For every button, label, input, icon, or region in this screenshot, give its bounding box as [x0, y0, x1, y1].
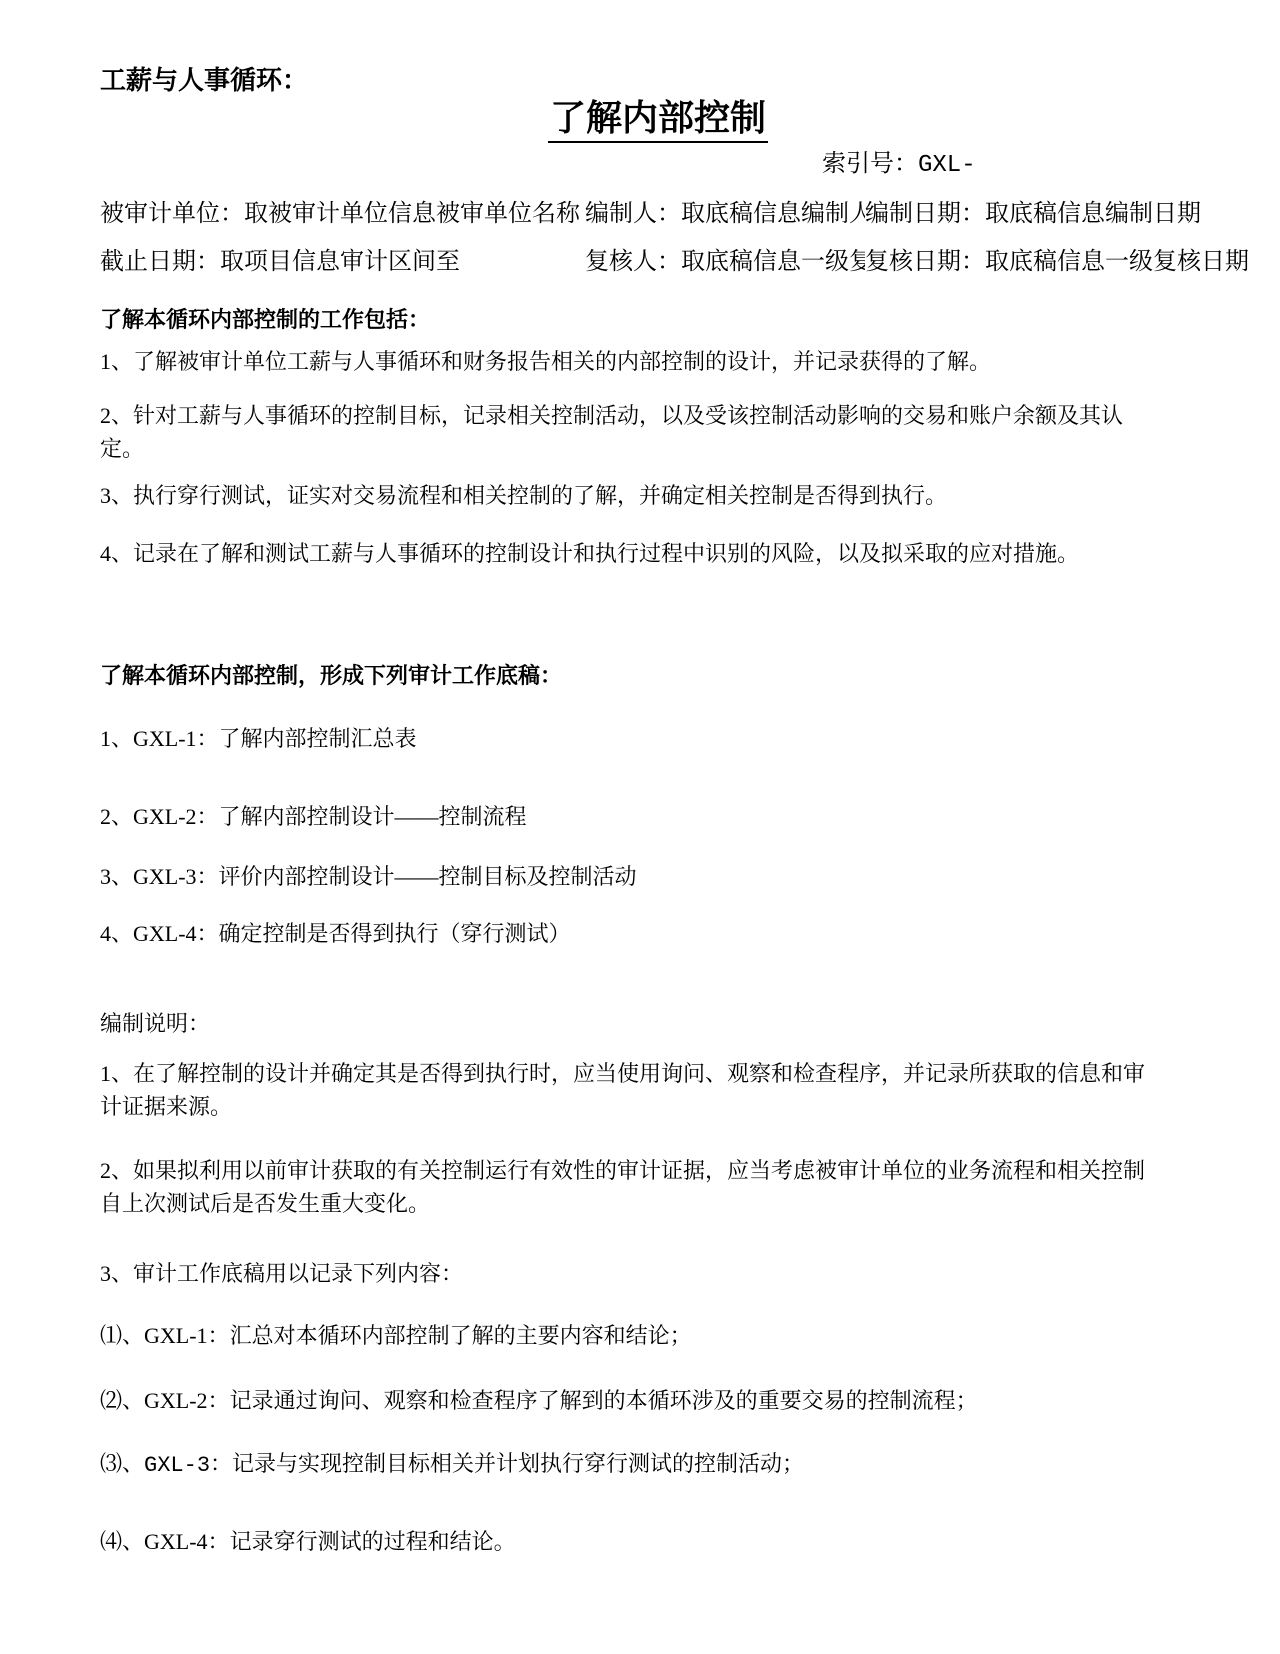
audit-paper-item-2: 2、GXL-2：了解内部控制设计——控制流程: [100, 800, 1152, 833]
work-item-3: 3、执行穿行测试，证实对交易流程和相关控制的了解，并确定相关控制是否得到执行。: [100, 479, 1152, 512]
work-item-2: 2、针对工薪与人事循环的控制目标，记录相关控制活动，以及受该控制活动影响的交易和…: [100, 399, 1152, 465]
title-row: 了解内部控制: [0, 98, 1280, 143]
note-sub-item-3-marker: ⑶、: [100, 1451, 144, 1476]
note-sub-item-4-code: GXL-4：: [144, 1529, 230, 1554]
note-sub-item-2: ⑵、GXL-2：记录通过询问、观察和检查程序了解到的本循环涉及的重要交易的控制流…: [100, 1384, 1152, 1417]
note-sub-item-2-marker: ⑵、: [100, 1388, 144, 1413]
prepare-date-field: 编制日期：取底稿信息编制日期: [865, 199, 1280, 229]
review-date-value: 取底稿信息一级复核日期: [985, 249, 1249, 275]
note-sub-item-4-text: 记录穿行测试的过程和结论。: [230, 1529, 516, 1554]
papers-section-heading: 了解本循环内部控制，形成下列审计工作底稿：: [100, 659, 1152, 692]
reviewer-label: 复核人：: [585, 249, 681, 275]
note-sub-item-2-code: GXL-2：: [144, 1388, 230, 1413]
note-item-2: 2、如果拟利用以前审计获取的有关控制运行有效性的审计证据，应当考虑被审计单位的业…: [100, 1154, 1152, 1220]
note-item-1: 1、在了解控制的设计并确定其是否得到执行时，应当使用询问、观察和检查程序，并记录…: [100, 1057, 1152, 1123]
index-value: GXL-: [918, 152, 976, 179]
preparer-label: 编制人：: [585, 201, 681, 227]
reviewer-field: 复核人：取底稿信息一级复核人: [585, 247, 865, 277]
note-sub-item-1-text: 汇总对本循环内部控制了解的主要内容和结论；: [230, 1323, 692, 1348]
preparer-field: 编制人：取底稿信息编制人: [585, 199, 865, 229]
note-sub-item-3-code: GXL-3：: [144, 1453, 232, 1478]
work-item-4: 4、记录在了解和测试工薪与人事循环的控制设计和执行过程中识别的风险，以及拟采取的…: [100, 537, 1152, 570]
note-sub-item-3: ⑶、GXL-3：记录与实现控制目标相关并计划执行穿行测试的控制活动；: [100, 1447, 1152, 1482]
note-sub-item-2-text: 记录通过询问、观察和检查程序了解到的本循环涉及的重要交易的控制流程；: [230, 1388, 978, 1413]
note-sub-item-1-code: GXL-1：: [144, 1323, 230, 1348]
note-item-3: 3、审计工作底稿用以记录下列内容：: [100, 1257, 1152, 1290]
audited-unit-value: 取被审计单位信息被审单位名称: [244, 201, 580, 227]
review-date-label: 复核日期：: [865, 249, 985, 275]
index-label: 索引号：: [822, 151, 918, 177]
cycle-label: 工薪与人事循环：: [100, 64, 800, 97]
audited-unit-label: 被审计单位：: [100, 201, 244, 227]
audited-unit-field: 被审计单位：取被审计单位信息被审单位名称: [100, 199, 584, 229]
work-section-heading: 了解本循环内部控制的工作包括：: [100, 303, 1152, 336]
cutoff-date-value: 取项目信息审计区间至: [220, 249, 460, 275]
note-sub-item-3-text: 记录与实现控制目标相关并计划执行穿行测试的控制活动；: [232, 1451, 804, 1476]
notes-section-heading: 编制说明：: [100, 1007, 1152, 1040]
note-sub-item-1: ⑴、GXL-1：汇总对本循环内部控制了解的主要内容和结论；: [100, 1319, 1152, 1352]
audit-paper-item-3: 3、GXL-3：评价内部控制设计——控制目标及控制活动: [100, 860, 1152, 893]
audit-paper-item-1: 1、GXL-1：了解内部控制汇总表: [100, 722, 1152, 755]
audit-paper-item-4: 4、GXL-4：确定控制是否得到执行（穿行测试）: [100, 917, 1152, 950]
preparer-value: 取底稿信息编制人: [681, 201, 865, 227]
work-item-1: 1、了解被审计单位工薪与人事循环和财务报告相关的内部控制的设计，并记录获得的了解…: [100, 345, 1152, 378]
note-sub-item-1-marker: ⑴、: [100, 1323, 144, 1348]
index-line: 索引号：GXL-: [822, 148, 1242, 182]
prepare-date-value: 取底稿信息编制日期: [985, 201, 1201, 227]
review-date-field: 复核日期：取底稿信息一级复核日期: [865, 247, 1280, 277]
document-title: 了解内部控制: [548, 98, 768, 143]
prepare-date-label: 编制日期：: [865, 201, 985, 227]
note-sub-item-4-marker: ⑷、: [100, 1529, 144, 1554]
reviewer-value: 取底稿信息一级复核人: [681, 249, 865, 275]
cutoff-date-label: 截止日期：: [100, 249, 220, 275]
cutoff-date-field: 截止日期：取项目信息审计区间至: [100, 247, 584, 277]
note-sub-item-4: ⑷、GXL-4：记录穿行测试的过程和结论。: [100, 1525, 1152, 1558]
